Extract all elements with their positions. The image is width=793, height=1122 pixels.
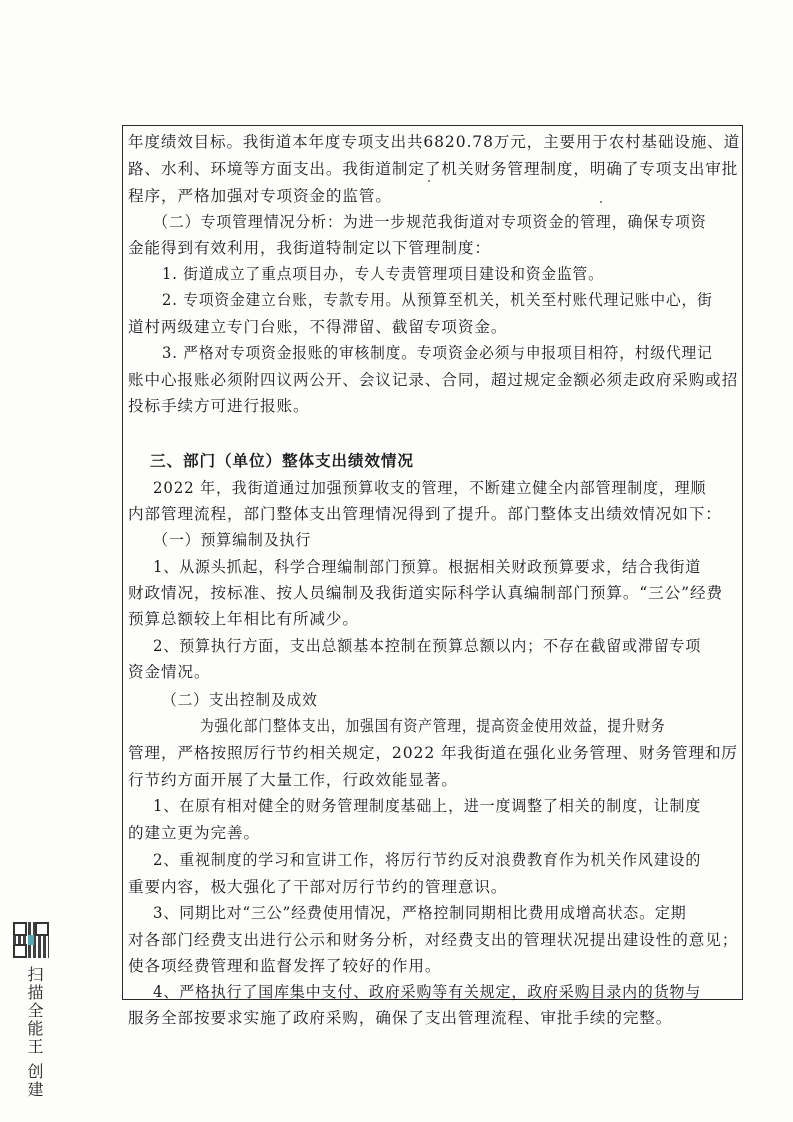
paragraph-line: 管理，严格按照厉行节约相关规定，2022 年我街道在强化业务管理、财务管理和厉	[128, 743, 740, 763]
paragraph-line: 内部管理流程，部门整体支出管理情况得到了提升。部门整体支出绩效情况如下：	[128, 504, 740, 524]
paragraph-line: 的建立更为完善。	[128, 823, 740, 843]
paragraph-line: 账中心报账必须附四议两公开、会议记录、合同，超过规定金额必须走政府采购或招	[128, 370, 740, 390]
scanner-watermark: 扫描全能王 创建	[13, 922, 53, 1099]
paragraph-line: 为强化部门整体支出，加强国有资产管理，提高资金使用效益，提升财务	[200, 716, 740, 736]
paragraph-line: 3. 严格对专项资金报账的审核制度。专项资金必须与申报项目相符，村级代理记	[162, 343, 740, 363]
paragraph-line: 2、预算执行方面，支出总额基本控制在预算总额以内；不存在截留或滞留专项	[153, 636, 740, 656]
paragraph-line: 财政情况，按标准、按人员编制及我街道实际科学认真编制部门预算。“三公”经费	[128, 583, 740, 603]
paragraph-line: 资金情况。	[128, 662, 740, 682]
paragraph-line: （二）专项管理情况分析：为进一步规范我街道对专项资金的管理，确保专项资	[153, 212, 740, 232]
paragraph-line: 重要内容，极大强化了干部对厉行节约的管理意识。	[128, 877, 740, 897]
paragraph-line: 程序，严格加强对专项资金的监管。	[128, 186, 740, 206]
paragraph-line: 2、重视制度的学习和宣讲工作，将厉行节约反对浪费教育作为机关作风建设的	[153, 850, 740, 870]
paragraph-line: 2. 专项资金建立台账，专款专用。从预算至机关，机关至村账代理记账中心，街	[162, 290, 740, 310]
paragraph-line: 年度绩效目标。我街道本年度专项支出共6820.78万元，主要用于农村基础设施、道	[128, 132, 737, 152]
paragraph-line: 4、严格执行了国库集中支付、政府采购等有关规定，政府采购目录内的货物与	[153, 982, 740, 1002]
paragraph-line: 2022 年，我街道通过加强预算收支的管理，不断建立健全内部管理制度，理顺	[153, 478, 740, 498]
paragraph-line: 1、在原有相对健全的财务管理制度基础上，进一度调整了相关的制度，让制度	[153, 796, 740, 816]
paragraph-line: 金能得到有效利用，我街道特制定以下管理制度：	[128, 238, 740, 258]
paragraph-line: 使各项经费管理和监督发挥了较好的作用。	[128, 956, 740, 976]
paragraph-line: 道村两级建立专门台账，不得滞留、截留专项资金。	[128, 317, 740, 337]
paragraph-line: （二）支出控制及成效	[162, 690, 740, 710]
scan-speck	[600, 201, 602, 203]
paragraph-line: 行节约方面开展了大量工作，行政效能显著。	[128, 770, 740, 790]
paragraph-line: （一）预算编制及执行	[153, 530, 740, 550]
paragraph-line: 服务全部按要求实施了政府采购，确保了支出管理流程、审批手续的完整。	[128, 1008, 740, 1028]
paragraph-line: 投标手续方可进行报账。	[128, 396, 740, 416]
paragraph-line: 预算总额较上年相比有所减少。	[128, 609, 740, 629]
paragraph-line: 对各部门经费支出进行公示和财务分析，对经费支出的管理状况提出建设性的意见；	[128, 930, 740, 950]
watermark-text: 扫描全能王 创建	[23, 966, 46, 1099]
paragraph-line: 1. 街道成立了重点项目办，专人专责管理项目建设和资金监管。	[162, 264, 740, 284]
paragraph-line: 1、从源头抓起，科学合理编制部门预算。根据相关财政预算要求，结合我街道	[153, 557, 740, 577]
section-heading: 三、部门（单位）整体支出绩效情况	[150, 451, 762, 471]
qr-code-icon	[13, 922, 49, 958]
paragraph-line: 路、水利、环境等方面支出。我街道制定了机关财务管理制度，明确了专项支出审批	[128, 159, 740, 179]
scan-speck	[428, 180, 430, 182]
paragraph-line: 3、同期比对“三公”经费使用情况，严格控制同期相比费用成增高状态。定期	[153, 903, 740, 923]
